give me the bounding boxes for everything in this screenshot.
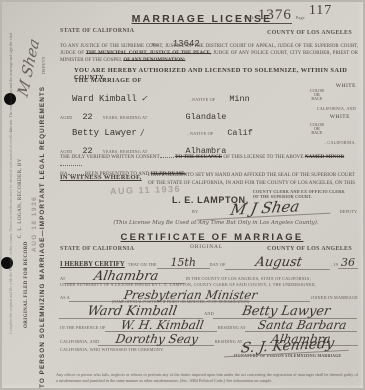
year-prefix: , 19 (331, 262, 338, 267)
certify-rest: THAT ON THE (128, 262, 157, 267)
license-date-stamp: AUG 11 1936 (110, 184, 181, 196)
blank-leader (160, 153, 174, 158)
license-state: STATE OF CALIFORNIA (60, 28, 134, 34)
addressee-paragraph: TO ANY JUSTICE OF THE SUPREME COURT, JUS… (60, 44, 358, 64)
groom-years-label: YEARS, RESIDING AT (103, 115, 148, 120)
license-county: COUNTY OF LOS ANGELES (267, 30, 352, 36)
margin-filed-label: ORIGINAL FILED FOR RECORD (24, 241, 29, 328)
consent-struck1: TO THE ISSUANCE (175, 154, 222, 160)
certify-row: I HEREBY CERTIFY THAT ON THE 15th DAY OF… (60, 256, 358, 270)
deputy-label: DEPUTY. (340, 209, 358, 214)
witness1-row: IN THE PRESENCE OF W. H. Kimball RESIDIN… (60, 319, 358, 332)
deputy-signature-row: BY M J Shea (192, 202, 332, 217)
consent-seg2: OF THIS LICENSE TO THE ABOVE (222, 154, 305, 160)
margin-instructions-top: Use ink. The certificate on and the marr… (8, 33, 13, 132)
witness1-name: W. H. Kimball (104, 319, 219, 332)
residing-label-1: RESIDING AT (218, 325, 246, 330)
book-label: Book (244, 15, 254, 20)
ceremony-day: 15th (157, 257, 210, 269)
page-number: 117 (309, 3, 332, 18)
certificate-county: COUNTY OF LOS ANGELES (267, 246, 352, 252)
blank-leader (60, 161, 82, 166)
california-and-label: CALIFORNIA, AND (60, 339, 99, 344)
consent-seg1: THE DULY VERIFIED WRITTEN CONSENT (60, 154, 160, 160)
bride-residence-suffix: , CALIFORNIA. (325, 140, 356, 145)
groom-row: Ward Kimball ✓ , NATIVE OF Minn COLOR OR… (60, 88, 358, 102)
groom-aged-row: AGED 22 YEARS, RESIDING AT Glandale CALI… (60, 106, 358, 120)
bride-native-label: , NATIVE OF (188, 131, 214, 136)
certificate-original-label: ORIGINAL (190, 244, 223, 250)
solemnizer-signature-block: S. J. Kennedy SIGNATURE OF PERSON SOLEMN… (225, 339, 350, 358)
document-body: MARRIAGE LICENSE Book 1376 Page 117 STAT… (52, 6, 360, 390)
ceremony-month: August (224, 256, 332, 270)
groom-race-value: WHITE (336, 83, 356, 89)
certificate-state: STATE OF CALIFORNIA (60, 246, 134, 252)
witnessed-line: CALIFORNIA, WHO WITNESSED THE CEREMONY. (60, 347, 164, 352)
race-label-line: RACE (310, 97, 324, 101)
license-usage-note: (This License May Be Used at Any Time Bu… (82, 220, 350, 226)
margin-filed-date-stamp: AUG 18 1936 (31, 196, 38, 252)
ceremony-year: 36 (338, 257, 358, 269)
groom-race-label: COLOR OR RACE (310, 89, 324, 102)
joined-label: JOINED IN MARRIAGE (311, 295, 358, 300)
groom-native: Minn (229, 94, 249, 104)
witness2-name: Dorothy Seay (98, 333, 216, 346)
witness-whereof-label: IN WITNESS WHEREOF, (60, 174, 142, 181)
footer-fine-print: Any officer or person who fails, neglect… (56, 372, 358, 385)
margin-instructions-bottom: Complete the original and file with the … (8, 234, 13, 334)
margin-deputy-label: DEPUTY (41, 56, 46, 74)
race-label-line: RACE (310, 131, 324, 135)
groom-residence-suffix: CALIFORNIA, AND (317, 106, 356, 111)
scanned-marriage-license: Use ink. The certificate on and the marr… (0, 0, 365, 390)
bride-native: Calif (227, 128, 253, 138)
certificate-bride-name: Betty Lawyer (213, 305, 360, 319)
couple-row: Ward Kimball AND Betty Lawyer (60, 305, 358, 319)
margin-vertical-title: TO PERSON SOLEMNIZING MARRIAGE—IMPORTANT… (39, 86, 46, 388)
margin-recorder-line: C. L. LOGAN, RECORDER, BY (18, 158, 23, 238)
bride-name: Betty Lawyer (72, 128, 137, 138)
authorization-line2: THE MARRIAGE OF (74, 77, 142, 84)
bride-row: Betty Lawyer / , NATIVE OF Calif COLOR O… (60, 122, 358, 136)
place-suffix: IN THE COUNTY OF LOS ANGELES, STATE OF C… (186, 276, 311, 281)
groom-age: 22 (82, 112, 92, 122)
deputy-signature: M J Shea (197, 198, 333, 220)
groom-aged-label: AGED (60, 115, 72, 120)
bride-race-value: WHITE (330, 114, 350, 120)
day-of-label: DAY OF (210, 262, 226, 267)
groom-name: Ward Kimball (72, 94, 137, 104)
witness1-residence: Santa Barbara (244, 319, 359, 332)
bride-aged-row: AGED 22 YEARS, RESIDING AT Alhambra , CA… (60, 140, 358, 152)
groom-native-label: , NATIVE OF (190, 97, 216, 102)
bride-checkmark: / (141, 128, 144, 137)
addressee-struck1: THE MUNICIPAL COURT, JUSTICE OF THE PEAC… (86, 51, 211, 56)
book-number: 1376 (258, 7, 292, 24)
certificate-title: CERTIFICATE OF MARRIAGE (112, 232, 312, 243)
groom-residence: Glandale (186, 112, 227, 122)
page-label: Page (296, 15, 305, 20)
authority-line: UNDER AUTHORITY OF A LICENSE ISSUED BY L… (60, 282, 358, 287)
addressee-struck2: OF ANY DENOMINATION: (123, 58, 185, 63)
presence-label: IN THE PRESENCE OF (60, 325, 106, 330)
consent-struck2: NAMED MINOR (305, 154, 344, 160)
book-page-block: Book 1376 Page 117 (244, 6, 354, 24)
groom-checkmark: ✓ (141, 94, 148, 103)
bride-race-label: COLOR OR RACE (310, 123, 324, 136)
certify-bold: I HEREBY CERTIFY (60, 261, 125, 268)
certificate-groom-name: Ward Kimball (59, 305, 206, 319)
